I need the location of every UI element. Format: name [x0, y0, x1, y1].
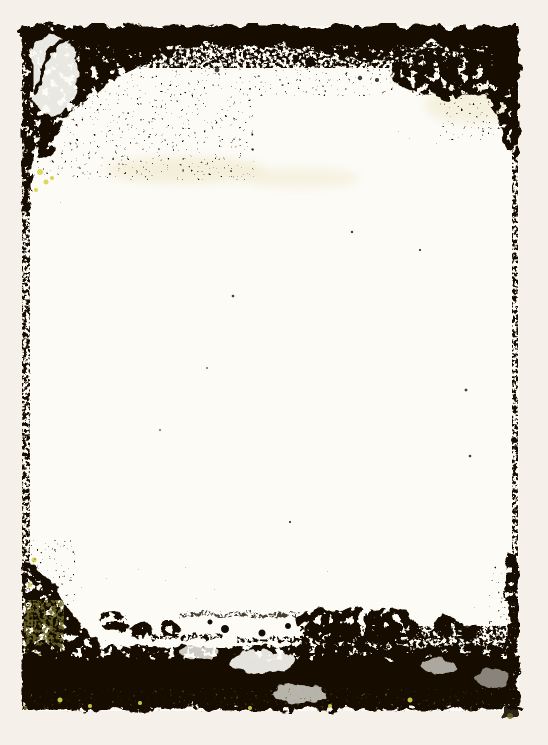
corner-tail-dot — [507, 713, 513, 719]
top-ink-band — [24, 26, 518, 210]
ink-dot — [511, 437, 517, 443]
artwork-page — [0, 0, 548, 745]
bottom-olive-fringe — [24, 688, 518, 712]
ink-blob — [379, 607, 413, 629]
bottom-ink-band — [24, 560, 518, 719]
top-right-fringe — [440, 60, 518, 140]
ink-dot — [514, 446, 518, 450]
right-edge-solid-top — [511, 26, 518, 146]
top-trailing-dust — [24, 140, 518, 210]
bottom-pre-speckle — [24, 560, 518, 620]
ink-dot — [208, 620, 213, 625]
ink-dot — [305, 57, 315, 67]
top-middle-ink-blob — [316, 35, 408, 61]
artwork-image — [0, 0, 548, 745]
margin-specks — [40, 712, 500, 736]
ink-dot — [293, 55, 299, 61]
